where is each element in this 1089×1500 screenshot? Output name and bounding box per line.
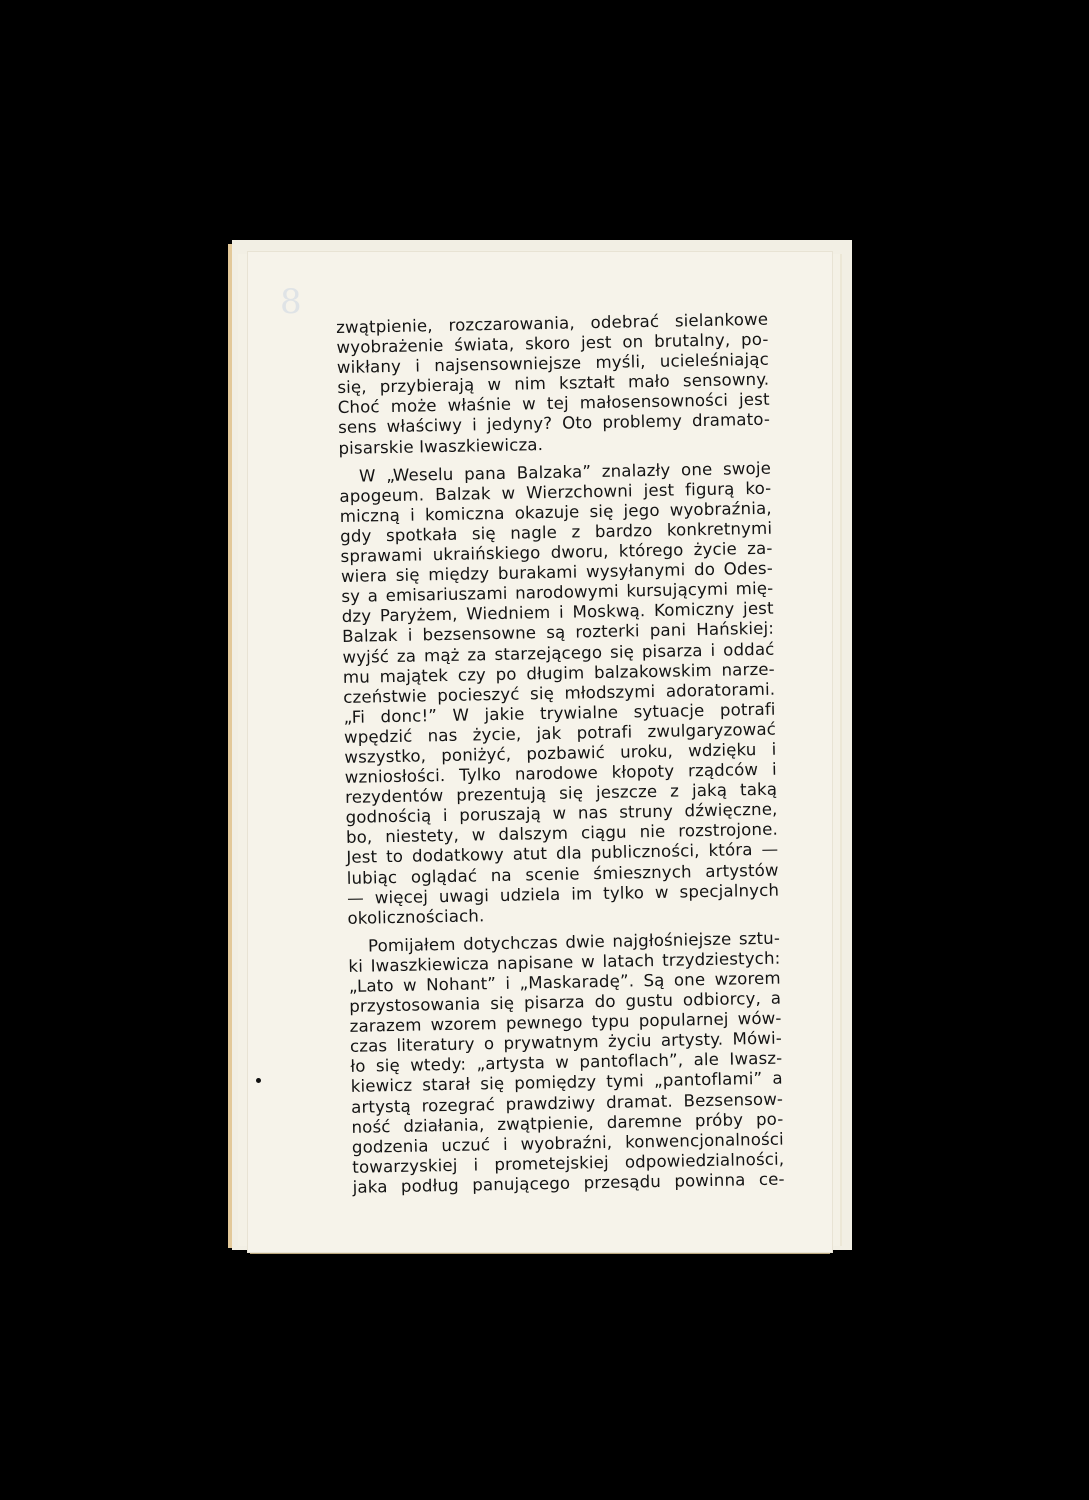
body-text: zwątpienie, rozczarowania, odebrać siela… <box>336 310 785 1206</box>
paragraph-3: Pomijałem dotychczas dwie najgłośniejsze… <box>348 928 785 1197</box>
page-number-showthrough: 8 <box>280 282 302 322</box>
paragraph-2: W „Weselu pana Balzaka” znalazły one swo… <box>339 458 780 928</box>
paragraph-1: zwątpienie, rozczarowania, odebrać siela… <box>336 310 771 459</box>
ink-speck <box>256 1078 261 1083</box>
